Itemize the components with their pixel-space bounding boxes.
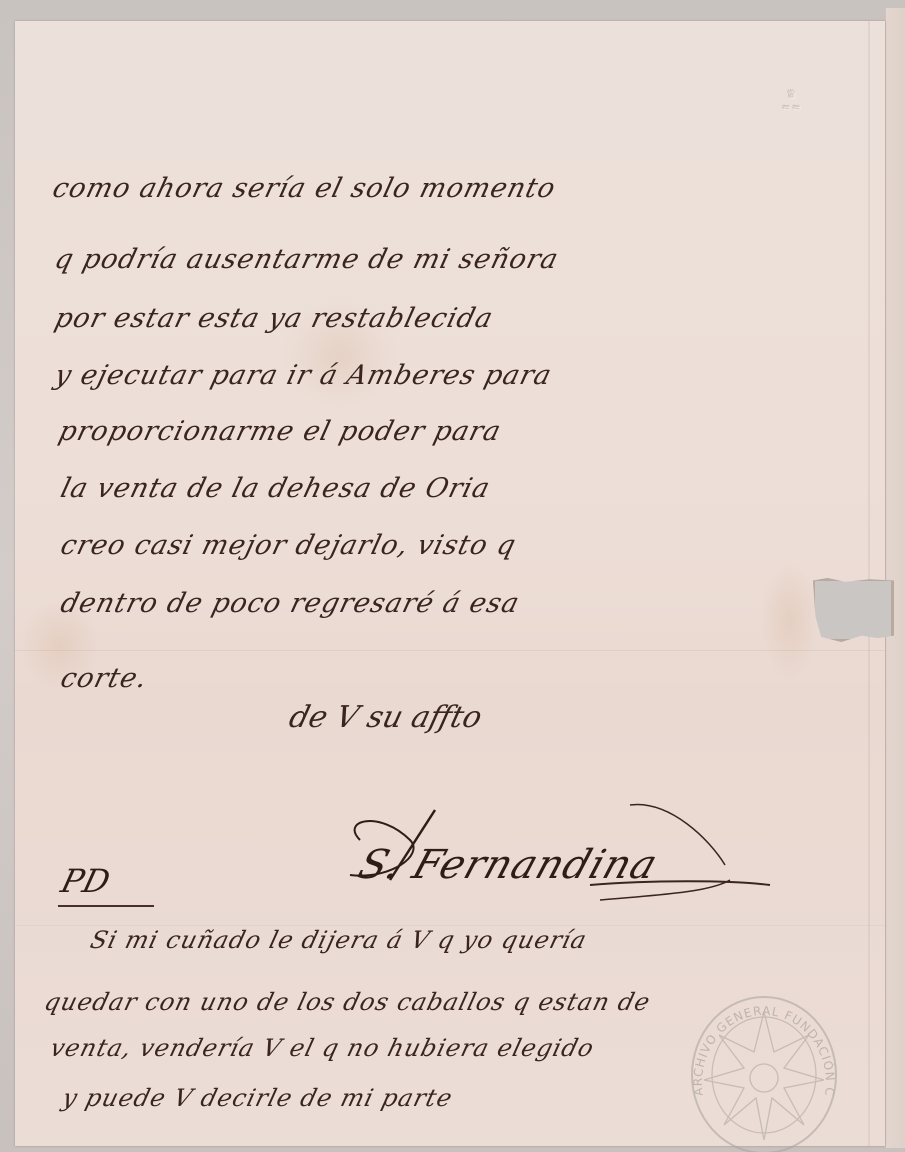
underlying-page-edge — [885, 8, 905, 1148]
body-line-8: dentro de poco regresaré á esa — [58, 590, 522, 617]
body-line-9: corte. — [58, 665, 150, 692]
archive-stamp: ARCHIVO GENERAL FUNDACIÓN CASA MEDINA SI… — [684, 990, 844, 1152]
body-line-6: la venta de la dehesa de Oria — [58, 475, 493, 502]
body-line-2: q podría ausentarme de mi señora — [52, 246, 562, 273]
body-line-3: por estar esta ya restablecida — [52, 305, 496, 332]
body-line-4: y ejecutar para ir á Amberes para — [52, 362, 555, 389]
body-line-7: creo casi mejor dejarlo, visto q — [58, 532, 519, 559]
body-line-1: como ahora sería el solo momento — [50, 175, 559, 202]
postscript-line-3: venta, vendería V el q no hubiera elegid… — [48, 1036, 597, 1060]
postscript-label: PD — [57, 862, 114, 900]
postscript-line-2: quedar con uno de los dos caballos q est… — [42, 990, 653, 1014]
paper-tear-repair — [813, 578, 894, 642]
closing-phrase: de V su affto — [286, 700, 486, 735]
postscript-underline — [58, 905, 154, 907]
embossed-crest-icon: ♛≈≈ — [770, 88, 814, 134]
body-line-5: proporcionarme el poder para — [56, 418, 504, 445]
fold-crease-horizontal — [15, 650, 885, 652]
signature: S. Fernandina — [353, 842, 664, 888]
paper-stain — [760, 560, 820, 680]
postscript-line-4: y puede V decirle de mi parte — [60, 1086, 455, 1110]
postscript-line-1: Si mi cuñado le dijera á V q yo quería — [88, 928, 590, 952]
